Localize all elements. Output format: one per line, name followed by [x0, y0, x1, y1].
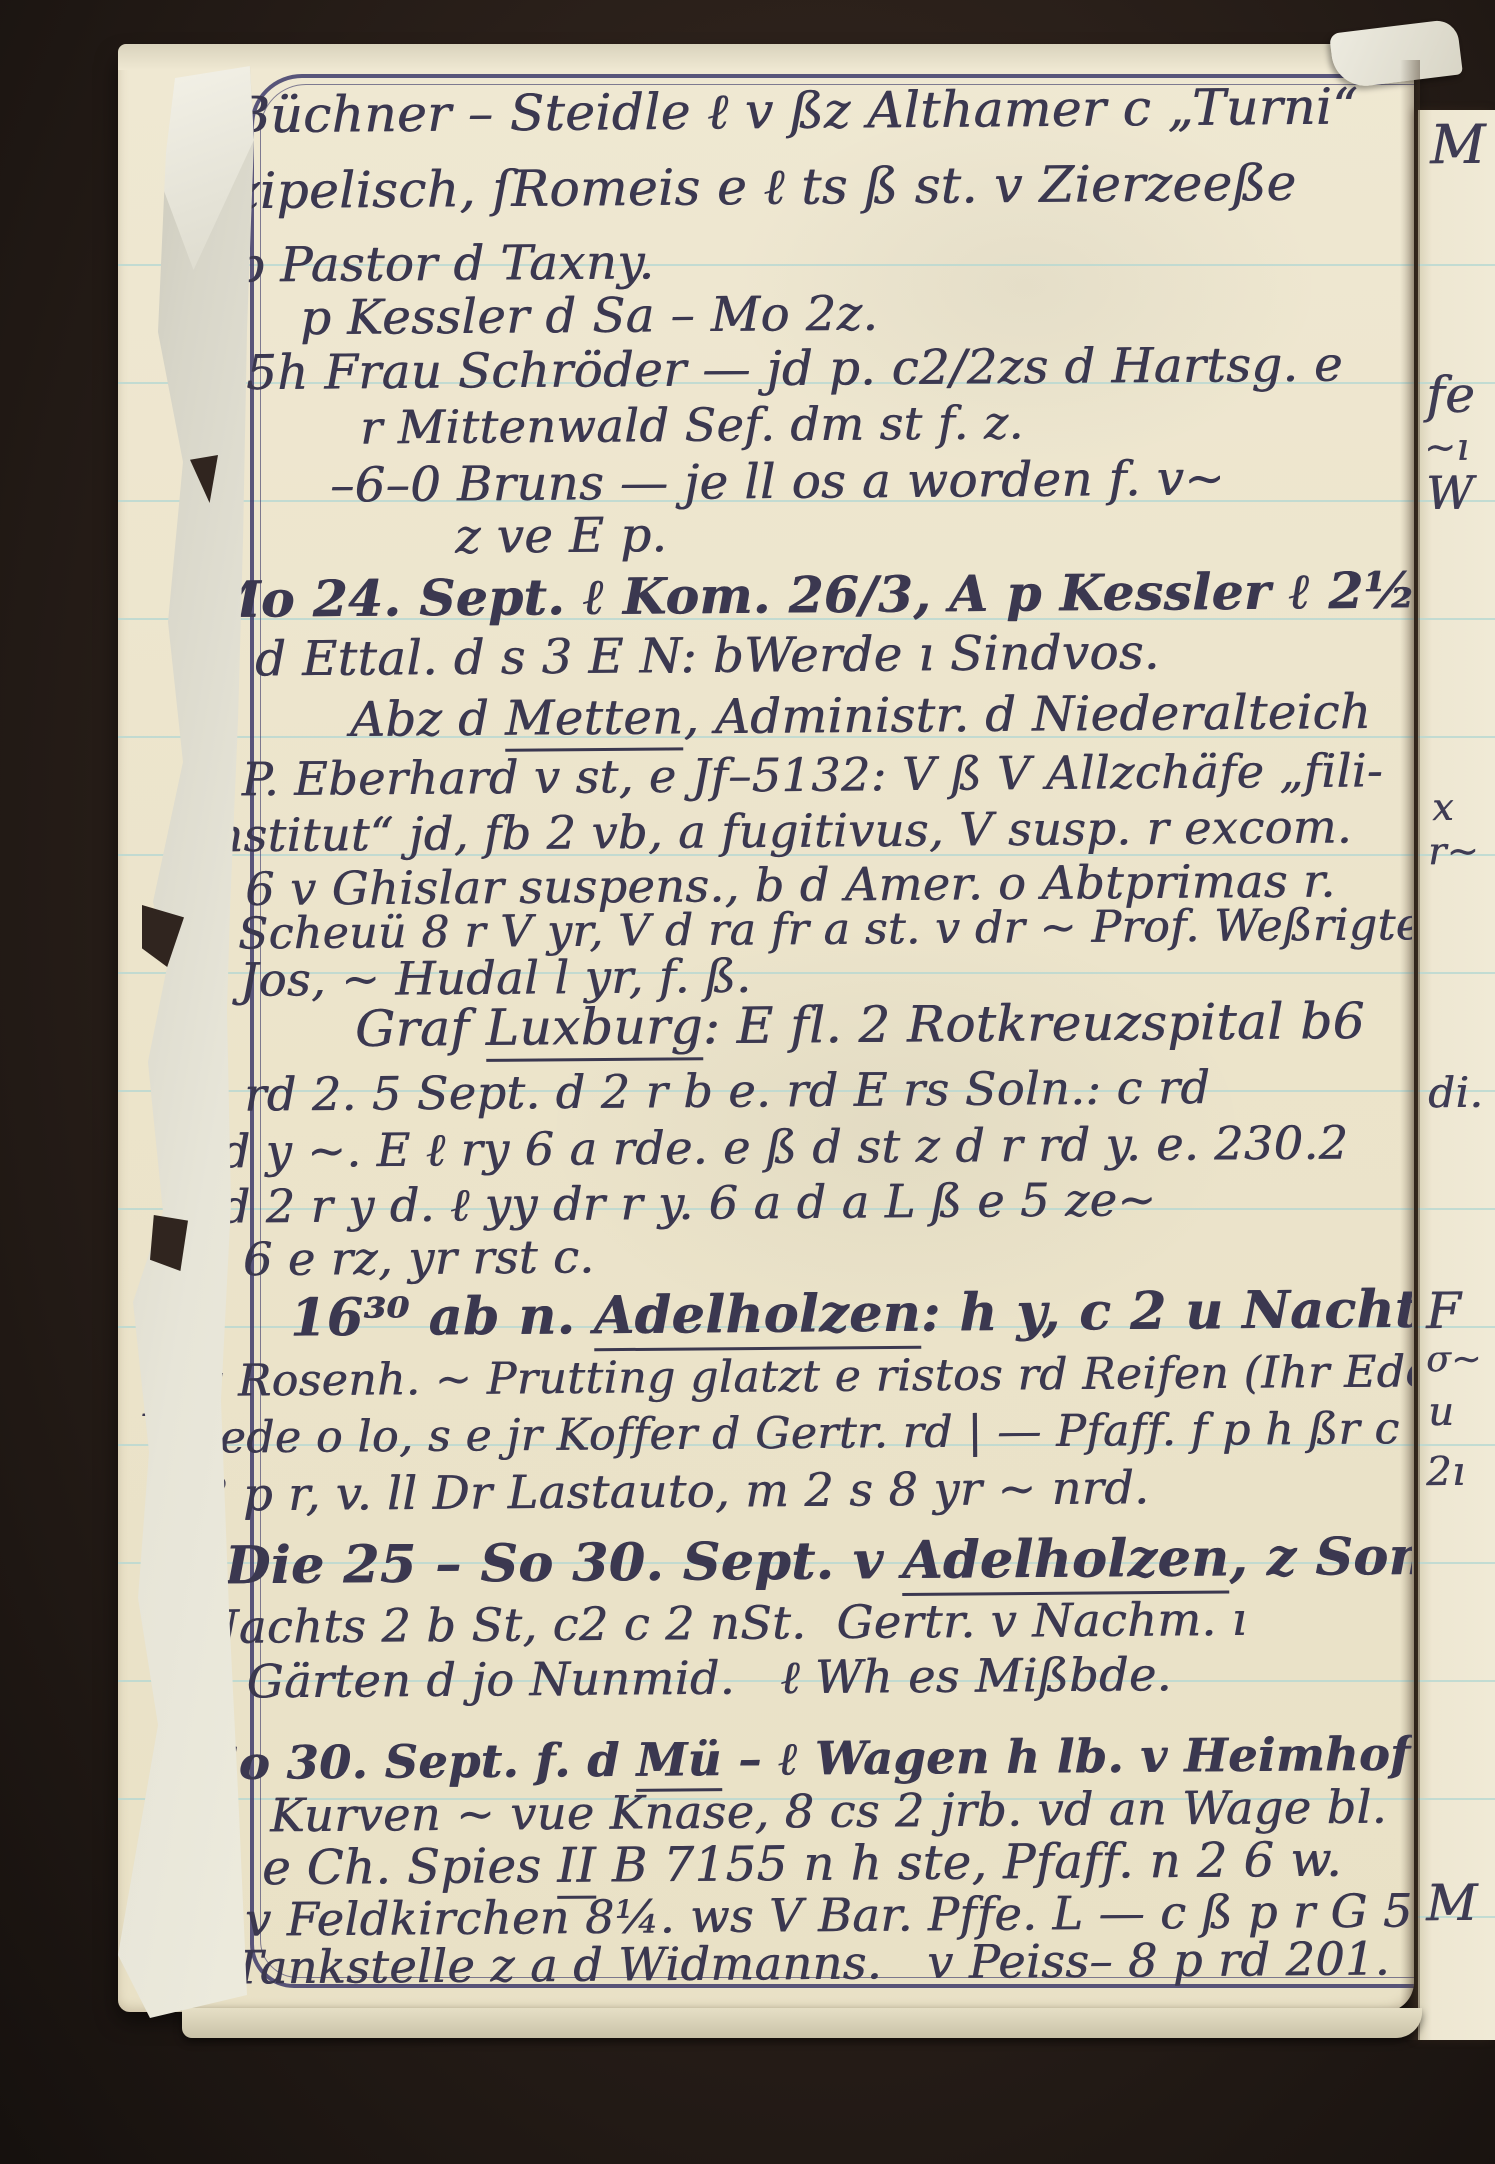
facing-page-text-fragment: 2ı — [1426, 1452, 1466, 1492]
facing-page-text-fragment: ~ı — [1424, 428, 1469, 466]
facing-page-text-fragment: W — [1426, 470, 1474, 516]
facing-page-text-fragment: F — [1426, 1286, 1462, 1336]
facing-page-text-fragment: σ~ — [1426, 1342, 1482, 1378]
fragments-layer: Mfe~ıWxr~di.Fσ~u2ıM — [0, 0, 1495, 2164]
facing-page-text-fragment: di. — [1428, 1072, 1484, 1114]
facing-page-text-fragment: u — [1428, 1392, 1455, 1432]
facing-page-text-fragment: M — [1430, 118, 1486, 172]
facing-page-text-fragment: x — [1432, 788, 1454, 826]
photograph-of-diary: { "document": { "kind_label": "handwritt… — [0, 0, 1495, 2164]
facing-page-text-fragment: fe — [1426, 370, 1476, 420]
facing-page-text-fragment: r~ — [1428, 832, 1479, 870]
facing-page-text-fragment: M — [1426, 1878, 1478, 1928]
